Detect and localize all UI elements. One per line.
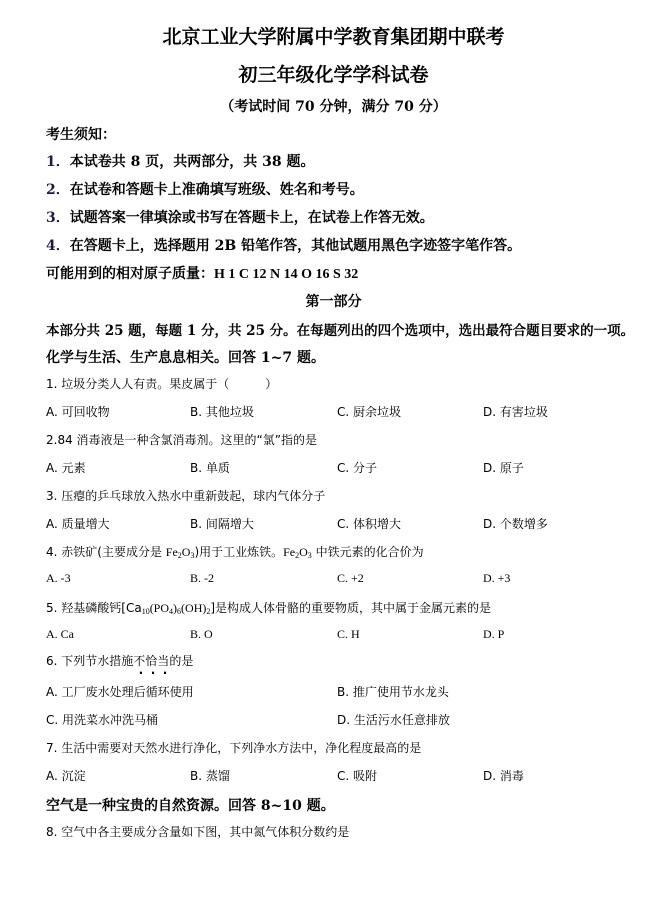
stem-text: 6. 下列节水措施 (46, 654, 133, 668)
notice-item: 3．试题答案一律填涂或书写在答题卡上，在试卷上作答无效。 (46, 207, 434, 227)
notice-text: 在试卷和答题卡上准确填写班级、姓名和考号。 (70, 182, 364, 198)
stem-text: 的是 (169, 654, 193, 668)
question-stem: 5. 羟基磷酸钙[Ca10(PO4)6(OH)2]是构成人体骨骼的重要物质，其中… (46, 599, 491, 616)
notice-text: 本试卷共 8 页，共两部分，共 38 题。 (70, 154, 315, 170)
option-d[interactable]: D. 消毒 (483, 767, 524, 784)
option-d[interactable]: D. 有害垃圾 (483, 403, 548, 420)
question-stem: 7. 生活中需要对天然水进行净化，下列净水方法中，净化程度最高的是 (46, 739, 421, 756)
formula-subscript: 10 (142, 607, 150, 616)
formula-text: Fe (283, 545, 295, 559)
option-c[interactable]: C. 分子 (337, 459, 377, 476)
stem-text: ]是构成人体骨骼的重要物质，其中属于金属元素的是 (210, 601, 491, 615)
option-c[interactable]: C. H (337, 627, 360, 642)
option-b[interactable]: B. 蒸馏 (190, 767, 230, 784)
option-b[interactable]: B. -2 (190, 571, 214, 586)
atomic-mass-line: 可能用到的相对原子质量：H 1 C 12 N 14 O 16 S 32 (46, 263, 358, 283)
question-group-intro: 化学与生活、生产息息相关。回答 1~7 题。 (46, 347, 325, 367)
option-c[interactable]: C. 用洗菜水冲洗马桶 (46, 711, 158, 728)
emphasis-text: 当 (157, 654, 169, 668)
option-d[interactable]: D. 原子 (483, 459, 524, 476)
option-b[interactable]: B. O (190, 627, 213, 642)
formula-text: (OH) (181, 601, 206, 615)
option-c[interactable]: C. 吸附 (337, 767, 377, 784)
option-a[interactable]: A. -3 (46, 571, 71, 586)
part-instructions: 本部分共 25 题，每题 1 分，共 25 分。在每题列出的四个选项中，选出最符… (46, 319, 634, 339)
question-stem: 8. 空气中各主要成分含量如下图，其中氮气体积分数约是 (46, 823, 349, 840)
question-stem: 3. 压瘪的乒乓球放入热水中重新鼓起，球内气体分子 (46, 487, 325, 504)
option-d[interactable]: D. +3 (483, 571, 510, 586)
notice-number: 4． (46, 238, 70, 254)
formula-text: Fe (166, 545, 178, 559)
question-stem: 4. 赤铁矿(主要成分是 Fe2O3)用于工业炼铁。Fe2O3 中铁元素的化合价… (46, 543, 424, 560)
option-b[interactable]: B. 单质 (190, 459, 230, 476)
exam-title: 北京工业大学附属中学教育集团期中联考 (0, 22, 667, 49)
question-stem: 1. 垃圾分类人人有责。果皮属于（ ） (46, 375, 277, 392)
notice-heading: 考生须知： (46, 124, 116, 144)
option-b[interactable]: B. 间隔增大 (190, 515, 254, 532)
stem-text: 4. 赤铁矿(主要成分是 (46, 545, 166, 559)
atomic-mass-values: H 1 C 12 N 14 O 16 S 32 (214, 267, 358, 282)
option-d[interactable]: D. 个数增多 (483, 515, 548, 532)
option-c[interactable]: C. +2 (337, 571, 364, 586)
notice-item: 1．本试卷共 8 页，共两部分，共 38 题。 (46, 151, 314, 171)
atomic-mass-label: 可能用到的相对原子质量： (46, 266, 214, 282)
option-d[interactable]: D. P (483, 627, 504, 642)
formula-text: (PO (150, 601, 169, 615)
option-a[interactable]: A. 元素 (46, 459, 86, 476)
question-group-intro: 空气是一种宝贵的自然资源。回答 8~10 题。 (46, 795, 335, 815)
option-b[interactable]: B. 其他垃圾 (190, 403, 254, 420)
exam-subtitle: 初三年级化学学科试卷 (0, 60, 667, 87)
option-a[interactable]: A. 沉淀 (46, 767, 86, 784)
emphasis-text: 恰 (145, 654, 157, 668)
notice-number: 2． (46, 182, 70, 198)
notice-number: 1． (46, 154, 70, 170)
option-d[interactable]: D. 生活污水任意排放 (337, 711, 450, 728)
option-a[interactable]: A. 可回收物 (46, 403, 110, 420)
formula-text: O (299, 545, 308, 559)
notice-text: 在答题卡上，选择题用 2B 铅笔作答，其他试题用黑色字迹签字笔作答。 (70, 238, 521, 254)
option-b[interactable]: B. 推广使用节水龙头 (337, 683, 449, 700)
stem-text: )用于工业炼铁。 (194, 545, 283, 559)
notice-number: 3． (46, 210, 70, 226)
notice-item: 4．在答题卡上，选择题用 2B 铅笔作答，其他试题用黑色字迹签字笔作答。 (46, 235, 521, 255)
option-a[interactable]: A. 工厂废水处理后循环使用 (46, 683, 194, 700)
question-stem: 2.84 消毒液是一种含氯消毒剂。这里的“氯”指的是 (46, 431, 317, 448)
question-stem: 6. 下列节水措施不恰当的是 (46, 652, 193, 669)
part-heading: 第一部分 (0, 291, 667, 311)
stem-text: 中铁元素的化合价为 (312, 545, 424, 559)
option-a[interactable]: A. 质量增大 (46, 515, 110, 532)
notice-text: 试题答案一律填涂或书写在答题卡上，在试卷上作答无效。 (70, 210, 434, 226)
exam-info: （考试时间 70 分钟，满分 70 分） (0, 96, 667, 116)
option-a[interactable]: A. Ca (46, 627, 74, 642)
stem-text: 5. 羟基磷酸钙[Ca (46, 601, 142, 615)
option-c[interactable]: C. 体积增大 (337, 515, 401, 532)
option-c[interactable]: C. 厨余垃圾 (337, 403, 401, 420)
notice-item: 2．在试卷和答题卡上准确填写班级、姓名和考号。 (46, 179, 364, 199)
emphasis-text: 不 (133, 654, 145, 668)
